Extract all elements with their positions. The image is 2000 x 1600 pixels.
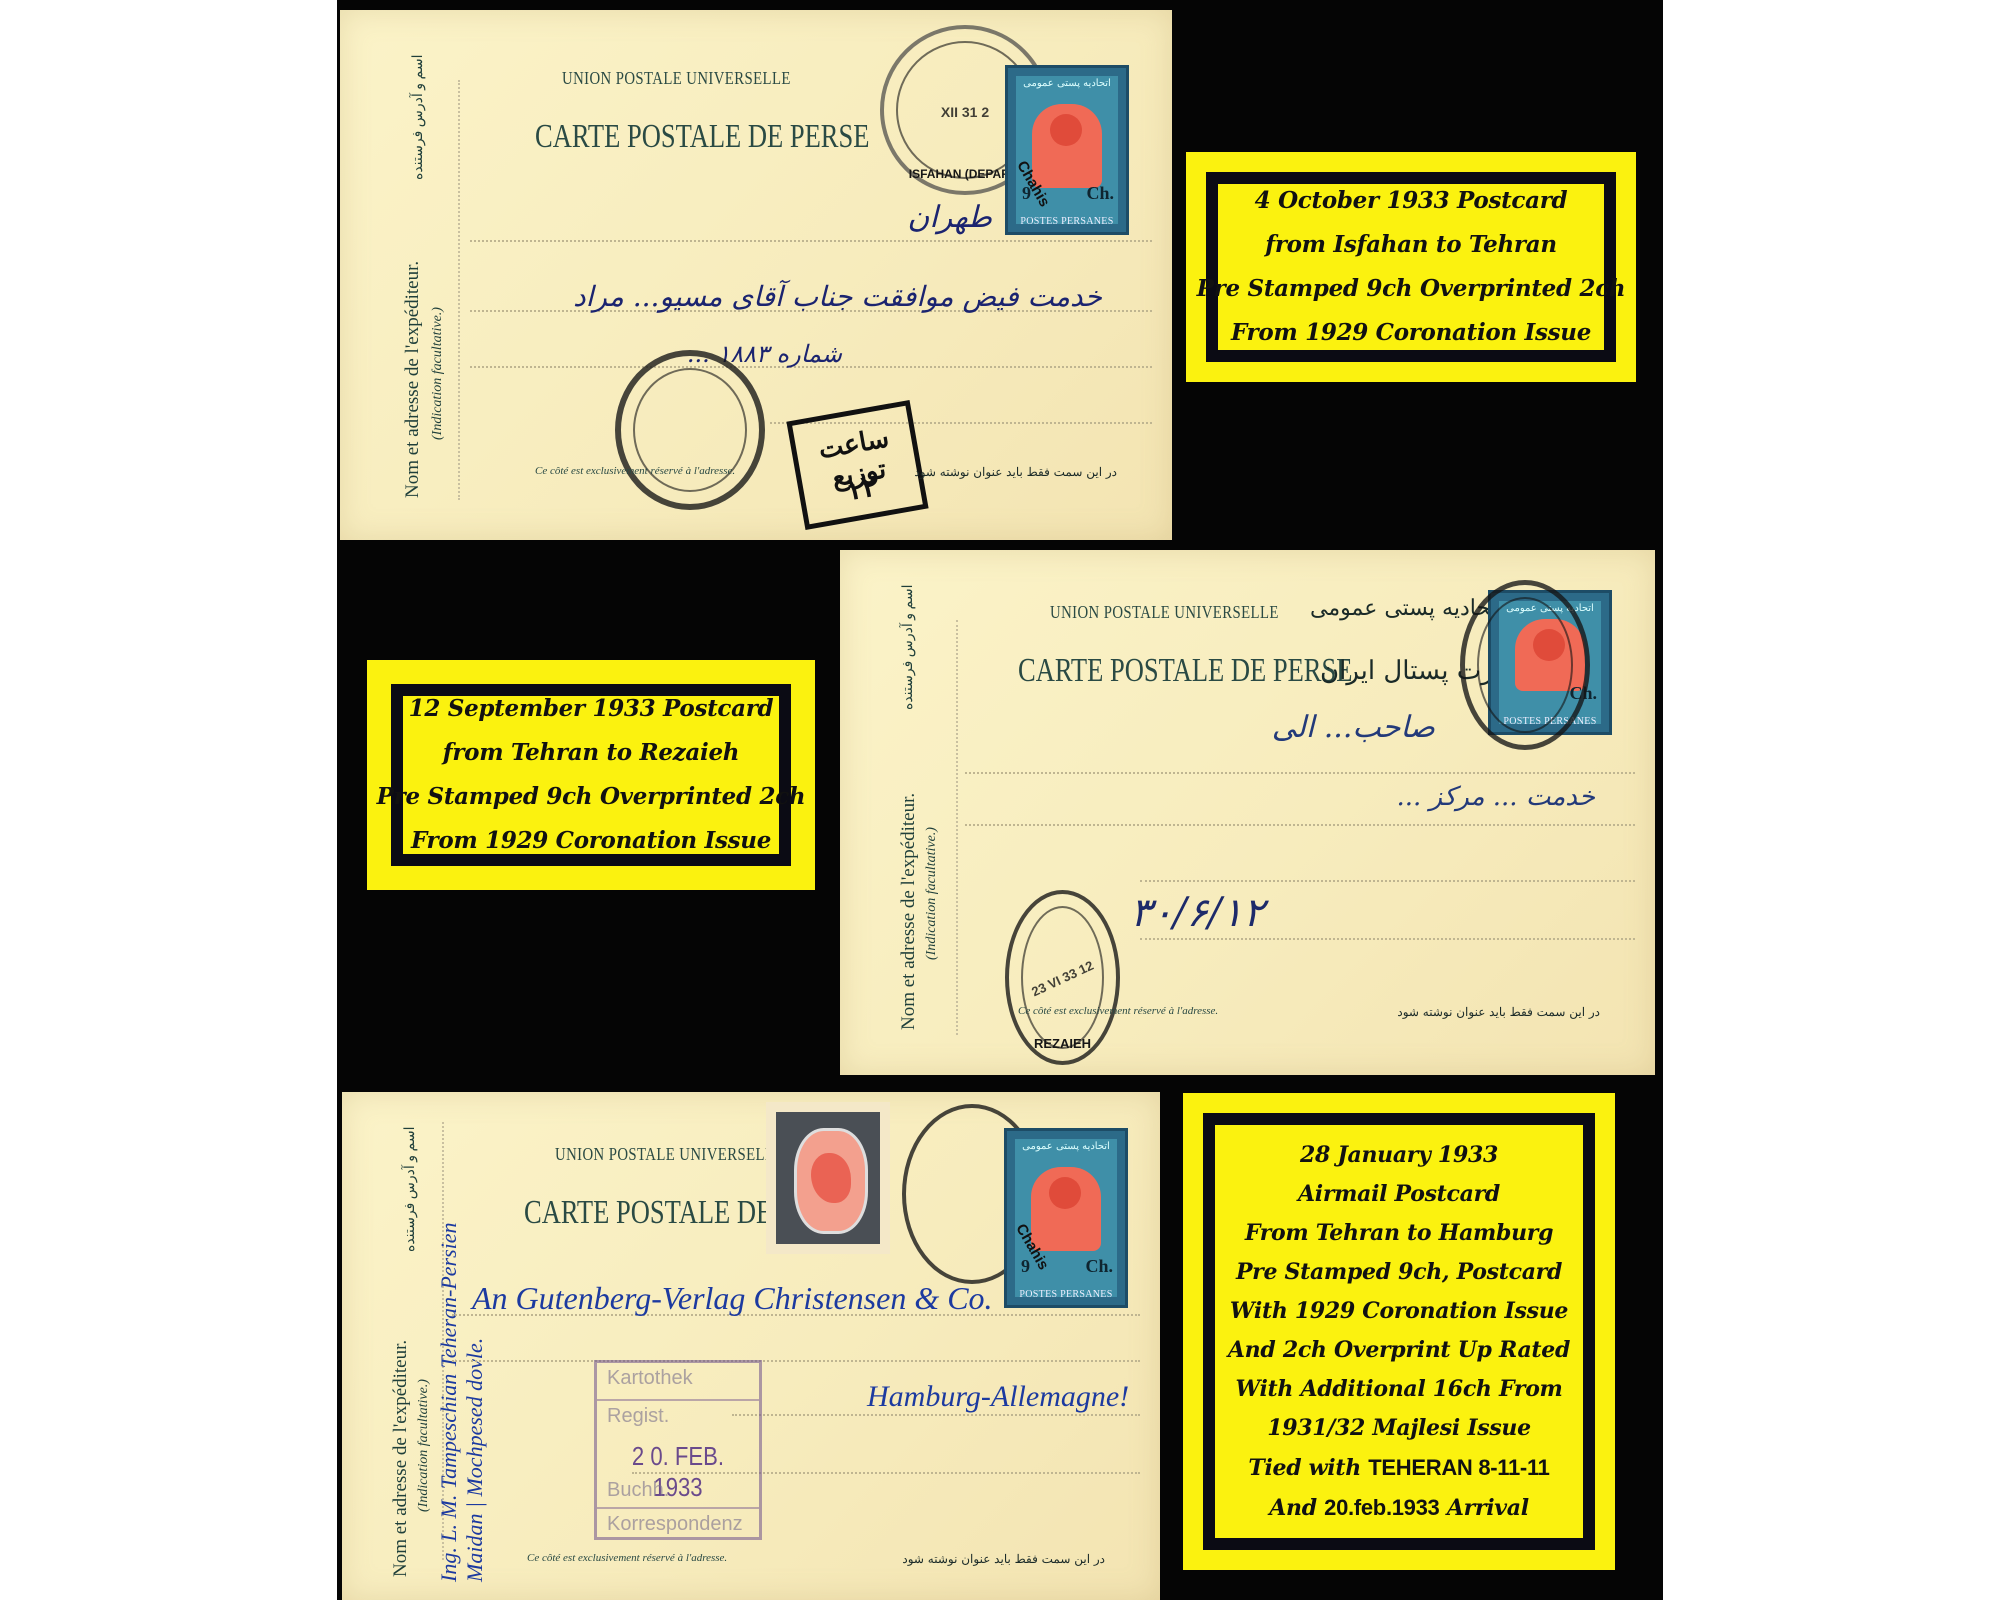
majlesi-16ch-stamp <box>766 1102 890 1254</box>
address-side-note-fa: در این سمت فقط باید عنوان نوشته شود <box>1397 1005 1600 1019</box>
handwritten-address-line: خدمت فیض موافقت جناب آقای مسیو... مراد <box>573 280 1102 313</box>
sender-sublabel: (Indication facultative.) <box>430 307 446 440</box>
delivery-hour-stamp: ساعت توزیع ۱۲ <box>786 400 928 530</box>
union-postale-heading: UNION POSTALE UNIVERSELLE <box>562 68 791 89</box>
handwritten-sender-line: Ing. L. M. Tampeschian Teheran-Persien <box>436 1222 462 1582</box>
carte-postale-title: CARTE POSTALE DE PERSE <box>1018 652 1352 690</box>
handwritten-date: ۳۰/۶/۱۲ <box>1130 890 1264 936</box>
address-line <box>470 240 1152 242</box>
postcard-tehran-rezaieh: Nom et adresse de l'expéditeur. (Indicat… <box>840 550 1655 1075</box>
shah-portrait <box>1031 1167 1101 1251</box>
address-line <box>965 772 1635 774</box>
departure-postmark <box>1460 580 1590 750</box>
sender-label: Nom et adresse de l'expéditeur. <box>390 1340 412 1577</box>
address-side-note: Ce côté est exclusivement réservé à l'ad… <box>535 465 735 477</box>
address-line <box>965 824 1635 826</box>
union-postale-heading: UNION POSTALE UNIVERSELLE <box>1050 602 1279 623</box>
sender-sublabel: (Indication facultative.) <box>924 827 940 960</box>
arrival-suffix: Arrival <box>1447 1495 1529 1521</box>
arrival-receipt-stamp: Kartothek Regist. 2 0. FEB. 1933 Buchh. … <box>594 1360 762 1540</box>
postcard-isfahan-tehran: Nom et adresse de l'expéditeur. (Indicat… <box>340 10 1172 540</box>
stamp-medallion <box>794 1128 868 1234</box>
handwritten-address-line: خدمت ... مرکز ... <box>1396 782 1595 812</box>
address-line <box>1140 880 1635 882</box>
address-side-note-fa: در این سمت فقط باید عنوان نوشته شود <box>914 465 1117 479</box>
sender-sublabel: (Indication facultative.) <box>416 1379 432 1512</box>
address-side-note: Ce côté est exclusivement réservé à l'ad… <box>1018 1005 1218 1017</box>
shah-portrait <box>1032 104 1102 188</box>
rezaieh-postmark: 23 VI 33 12 REZAIEH <box>1005 890 1120 1065</box>
sender-column-divider <box>956 620 958 1035</box>
imprinted-stamp-9ch: اتحادیه پستی عمومی Chahis 9 Ch. POSTES P… <box>1004 1128 1128 1308</box>
handwritten-recipient: صاحب... الی <box>1272 710 1435 745</box>
sender-label: Nom et adresse de l'expéditeur. <box>402 261 424 498</box>
caption-label-card-2: 12 September 1933 Postcard from Tehran t… <box>367 660 815 890</box>
handwritten-sender-line: Maidan | Mochpesed dovle. <box>462 1338 488 1582</box>
carte-postale-title: CARTE POSTALE DE PERSE <box>535 118 869 156</box>
sender-label-fa: اسم و آدرس فرستنده <box>402 1127 419 1252</box>
union-postale-heading: UNION POSTALE UNIVERSELLE <box>555 1144 784 1165</box>
sender-label-fa: اسم و آدرس فرستنده <box>900 585 917 710</box>
arrival-date-text: 20.feb.1933 <box>1324 1495 1439 1520</box>
arrival-postmark <box>615 350 765 510</box>
handwritten-destination: Hamburg-Allemagne! <box>867 1380 1129 1414</box>
postcard-tehran-hamburg: Nom et adresse de l'expéditeur. (Indicat… <box>342 1092 1160 1600</box>
caption-label-card-3: 28 January 1933 Airmail Postcard From Te… <box>1183 1093 1615 1570</box>
address-line <box>1140 938 1635 940</box>
imprinted-stamp-9ch: اتحادیه پستی عمومی Chahis 9 Ch. POSTES P… <box>1005 65 1129 235</box>
tied-postmark: TEHERAN 8-11-11 <box>1368 1455 1549 1480</box>
caption-label-card-1: 4 October 1933 Postcard from Isfahan to … <box>1186 152 1636 382</box>
sender-label-fa: اسم و آدرس فرستنده <box>410 55 427 180</box>
handwritten-recipient: An Gutenberg-Verlag Christensen & Co. <box>472 1280 993 1317</box>
sender-column-divider <box>458 80 460 500</box>
address-side-note: Ce côté est exclusivement réservé à l'ad… <box>527 1552 727 1564</box>
address-line <box>732 1414 1140 1416</box>
sender-label: Nom et adresse de l'expéditeur. <box>898 793 920 1030</box>
address-side-note-fa: در این سمت فقط باید عنوان نوشته شود <box>902 1552 1105 1566</box>
handwritten-city: طهران <box>907 200 992 235</box>
arrival-prefix: And <box>1269 1495 1317 1521</box>
tied-prefix: Tied with <box>1248 1455 1361 1481</box>
address-line <box>452 1360 1140 1362</box>
